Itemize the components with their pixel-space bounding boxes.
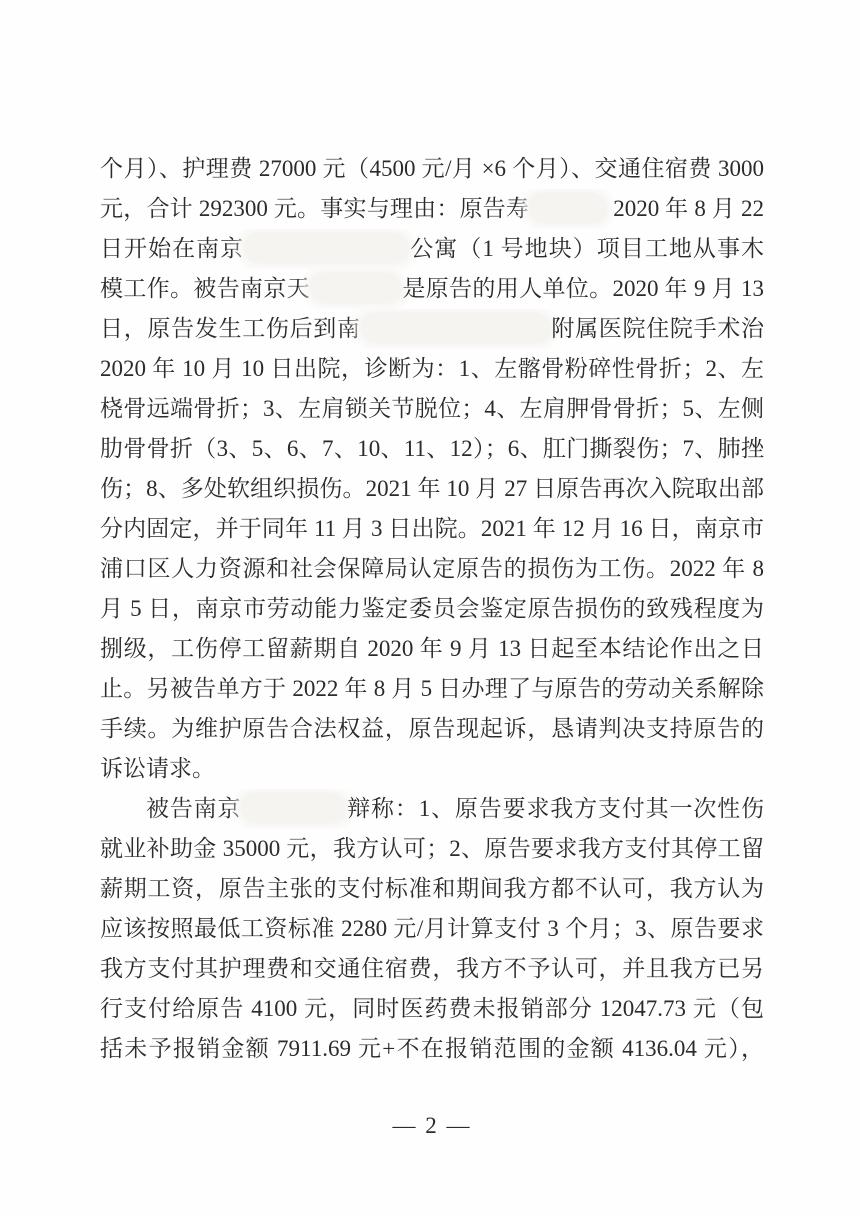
redaction-blob xyxy=(529,193,607,223)
text-segment: 日开始在南京 xyxy=(100,236,244,261)
text-segment: 应该按照最低工资标准 2280 元/月计算支付 3 个月；3、原告要求 xyxy=(100,916,764,941)
text-line: 模工作。被告南京天是原告的用人单位。2020 年 9 月 13 xyxy=(100,269,764,309)
text-segment: 薪期工资，原告主张的支付标准和期间我方都不认可，我方认为 xyxy=(100,876,764,901)
text-line: 个月）、护理费 27000 元（4500 元/月 ×6 个月）、交通住宿费 30… xyxy=(100,149,764,189)
text-segment: 肋骨骨折（3、5、6、7、10、11、12）；6、肛门撕裂伤；7、肺挫 xyxy=(100,436,764,461)
text-line: 肋骨骨折（3、5、6、7、10、11、12）；6、肛门撕裂伤；7、肺挫 xyxy=(100,429,764,469)
redaction-blob xyxy=(361,313,551,343)
text-segment: 日，原告发生工伤后到南 xyxy=(100,316,361,341)
text-line: 我方支付其护理费和交通住宿费，我方不予认可，并且我方已另 xyxy=(100,949,764,989)
text-segment: 我方支付其护理费和交通住宿费，我方不予认可，并且我方已另 xyxy=(100,956,764,981)
text-segment: 月 5 日，南京市劳动能力鉴定委员会鉴定原告损伤的致残程度为 xyxy=(100,596,764,621)
text-segment: 2020 年 8 月 22 xyxy=(607,196,764,221)
text-segment: 2020 年 10 月 10 日出院，诊断为：1、左髂骨粉碎性骨折；2、左 xyxy=(100,356,764,381)
text-segment: 元，合计 292300 元。事实与理由：原告寿 xyxy=(100,196,529,221)
text-segment: 浦口区人力资源和社会保障局认定原告的损伤为工伤。2022 年 8 xyxy=(100,556,764,581)
text-line: 就业补助金 35000 元，我方认可；2、原告要求我方支付其停工留 xyxy=(100,829,764,869)
text-line: 捌级，工伤停工留薪期自 2020 年 9 月 13 日起至本结论作出之日 xyxy=(100,629,764,669)
redaction-blob xyxy=(244,233,409,263)
text-segment: 模工作。被告南京天 xyxy=(100,276,310,301)
text-line: 括未予报销金额 7911.69 元+不在报销范围的金额 4136.04 元）， xyxy=(100,1029,764,1069)
text-segment: 被告南京 xyxy=(146,796,241,821)
text-line: 诉讼请求。 xyxy=(100,749,764,789)
text-line: 月 5 日，南京市劳动能力鉴定委员会鉴定原告损伤的致残程度为 xyxy=(100,589,764,629)
text-line: 被告南京辩称：1、原告要求我方支付其一次性伤残 xyxy=(100,789,764,829)
redaction-blob xyxy=(241,793,346,823)
text-line: 2020 年 10 月 10 日出院，诊断为：1、左髂骨粉碎性骨折；2、左 xyxy=(100,349,764,389)
text-line: 伤；8、多处软组织损伤。2021 年 10 月 27 日原告再次入院取出部 xyxy=(100,469,764,509)
text-segment: 止。另被告单方于 2022 年 8 月 5 日办理了与原告的劳动关系解除 xyxy=(100,676,764,701)
text-line: 应该按照最低工资标准 2280 元/月计算支付 3 个月；3、原告要求 xyxy=(100,909,764,949)
document-page: 个月）、护理费 27000 元（4500 元/月 ×6 个月）、交通住宿费 30… xyxy=(0,0,860,1216)
text-line: 分内固定，并于同年 11 月 3 日出院。2021 年 12 月 16 日，南京… xyxy=(100,509,764,549)
text-line: 手续。为维护原告合法权益，原告现起诉，恳请判决支持原告的 xyxy=(100,709,764,749)
text-segment: 行支付给原告 4100 元，同时医药费未报销部分 12047.73 元（包 xyxy=(100,996,764,1021)
text-segment: 分内固定，并于同年 11 月 3 日出院。2021 年 12 月 16 日，南京… xyxy=(100,516,764,541)
text-segment: 括未予报销金额 7911.69 元+不在报销范围的金额 4136.04 元）， xyxy=(100,1036,764,1061)
text-segment: 捌级，工伤停工留薪期自 2020 年 9 月 13 日起至本结论作出之日 xyxy=(100,636,764,661)
text-segment: 桡骨远端骨折；3、左肩锁关节脱位；4、左肩胛骨骨折；5、左侧 xyxy=(100,396,764,421)
document-body: 个月）、护理费 27000 元（4500 元/月 ×6 个月）、交通住宿费 30… xyxy=(100,149,764,1069)
text-segment: 诉讼请求。 xyxy=(100,756,215,781)
text-line: 薪期工资，原告主张的支付标准和期间我方都不认可，我方认为 xyxy=(100,869,764,909)
text-segment: 手续。为维护原告合法权益，原告现起诉，恳请判决支持原告的 xyxy=(100,716,764,741)
redaction-blob xyxy=(310,273,402,303)
text-line: 浦口区人力资源和社会保障局认定原告的损伤为工伤。2022 年 8 xyxy=(100,549,764,589)
text-line: 止。另被告单方于 2022 年 8 月 5 日办理了与原告的劳动关系解除 xyxy=(100,669,764,709)
text-line: 日，原告发生工伤后到南附属医院住院手术治疗， xyxy=(100,309,764,349)
text-line: 日开始在南京公寓（1 号地块）项目工地从事木工立 xyxy=(100,229,764,269)
text-segment: 就业补助金 35000 元，我方认可；2、原告要求我方支付其停工留 xyxy=(100,836,764,861)
text-segment: 伤；8、多处软组织损伤。2021 年 10 月 27 日原告再次入院取出部 xyxy=(100,476,764,501)
text-line: 桡骨远端骨折；3、左肩锁关节脱位；4、左肩胛骨骨折；5、左侧 xyxy=(100,389,764,429)
text-line: 行支付给原告 4100 元，同时医药费未报销部分 12047.73 元（包 xyxy=(100,989,764,1029)
text-segment: 个月）、护理费 27000 元（4500 元/月 ×6 个月）、交通住宿费 30… xyxy=(100,156,764,181)
text-line: 元，合计 292300 元。事实与理由：原告寿 2020 年 8 月 22 xyxy=(100,189,764,229)
text-segment: 是原告的用人单位。2020 年 9 月 13 xyxy=(402,276,764,301)
page-number: — 2 — xyxy=(100,1113,764,1139)
